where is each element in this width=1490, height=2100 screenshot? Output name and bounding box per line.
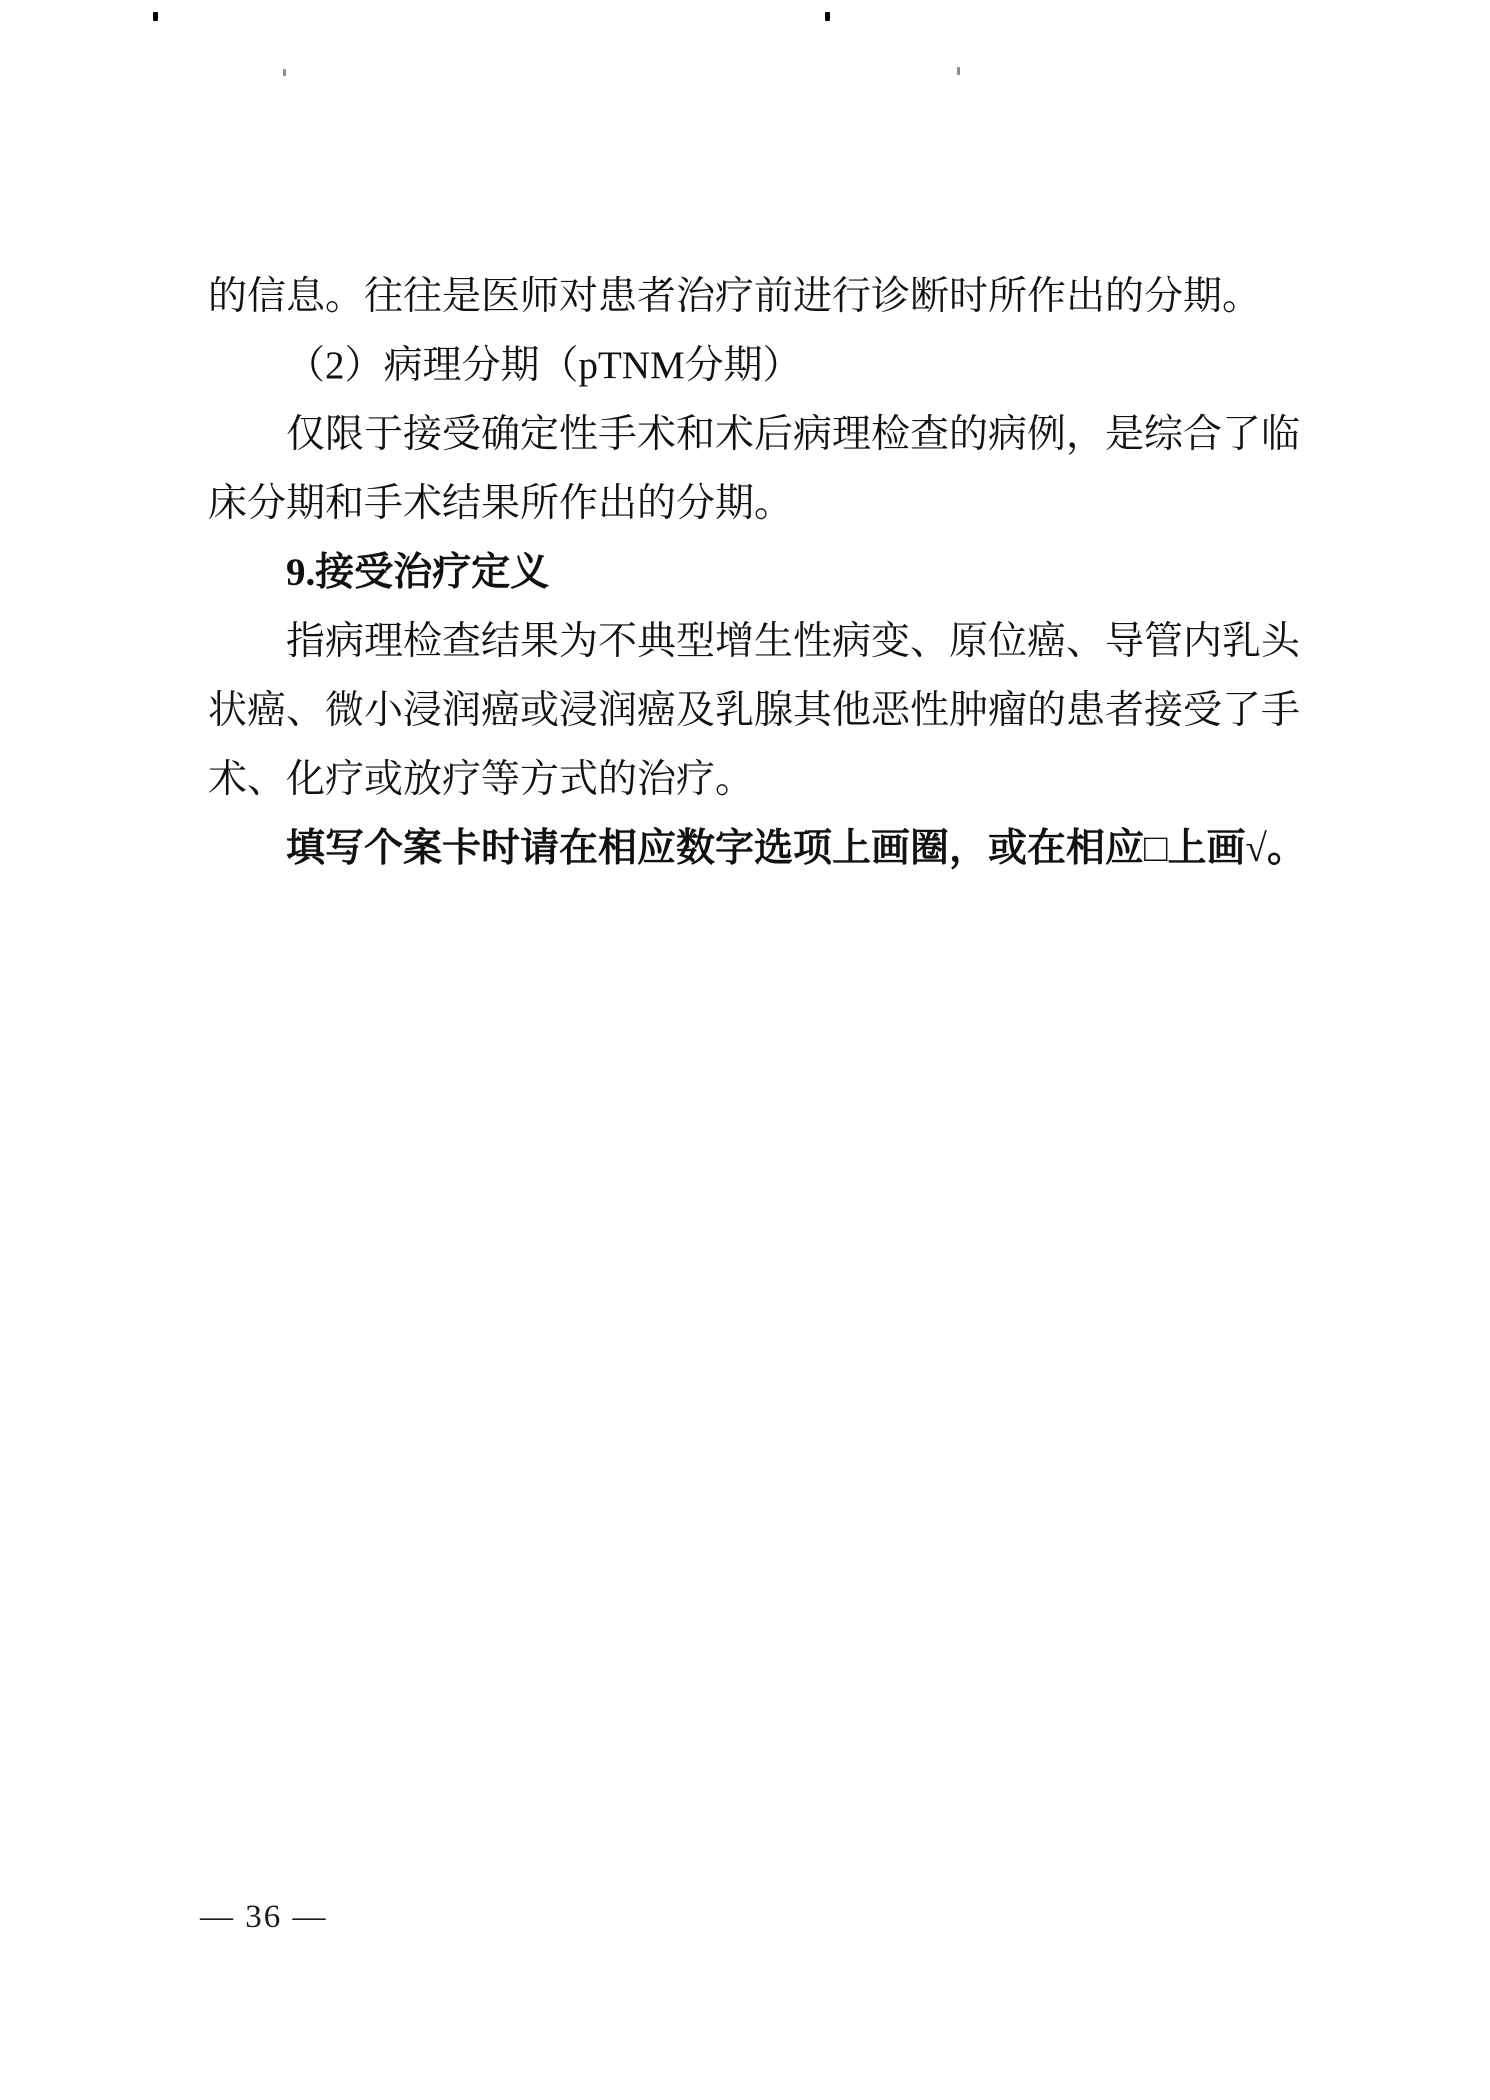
section-heading-treatment-definition: 9.接受治疗定义 — [208, 538, 1368, 607]
ink-speck — [283, 69, 286, 76]
ink-speck — [153, 12, 158, 21]
paragraph-line: 状癌、微小浸润癌或浸润癌及乳腺其他恶性肿瘤的患者接受了手 — [208, 676, 1368, 745]
instruction-line: 填写个案卡时请在相应数字选项上画圈，或在相应□上画√。 — [208, 814, 1368, 883]
paragraph-line: 仅限于接受确定性手术和术后病理检查的病例，是综合了临 — [208, 400, 1368, 469]
text-block: 的信息。往往是医师对患者治疗前进行诊断时所作出的分期。 （2）病理分期（pTNM… — [208, 262, 1368, 883]
page-number: — 36 — — [200, 1897, 328, 1937]
subheading-pathological-staging: （2）病理分期（pTNM分期） — [208, 331, 1368, 400]
paragraph-continuation-line: 的信息。往往是医师对患者治疗前进行诊断时所作出的分期。 — [208, 262, 1368, 331]
paragraph-line: 床分期和手术结果所作出的分期。 — [208, 469, 1368, 538]
ink-speck — [957, 67, 960, 75]
paragraph-line: 指病理检查结果为不典型增生性病变、原位癌、导管内乳头 — [208, 607, 1368, 676]
ink-speck — [825, 12, 830, 21]
document-page: 的信息。往往是医师对患者治疗前进行诊断时所作出的分期。 （2）病理分期（pTNM… — [0, 0, 1490, 2100]
paragraph-line: 术、化疗或放疗等方式的治疗。 — [208, 745, 1368, 814]
